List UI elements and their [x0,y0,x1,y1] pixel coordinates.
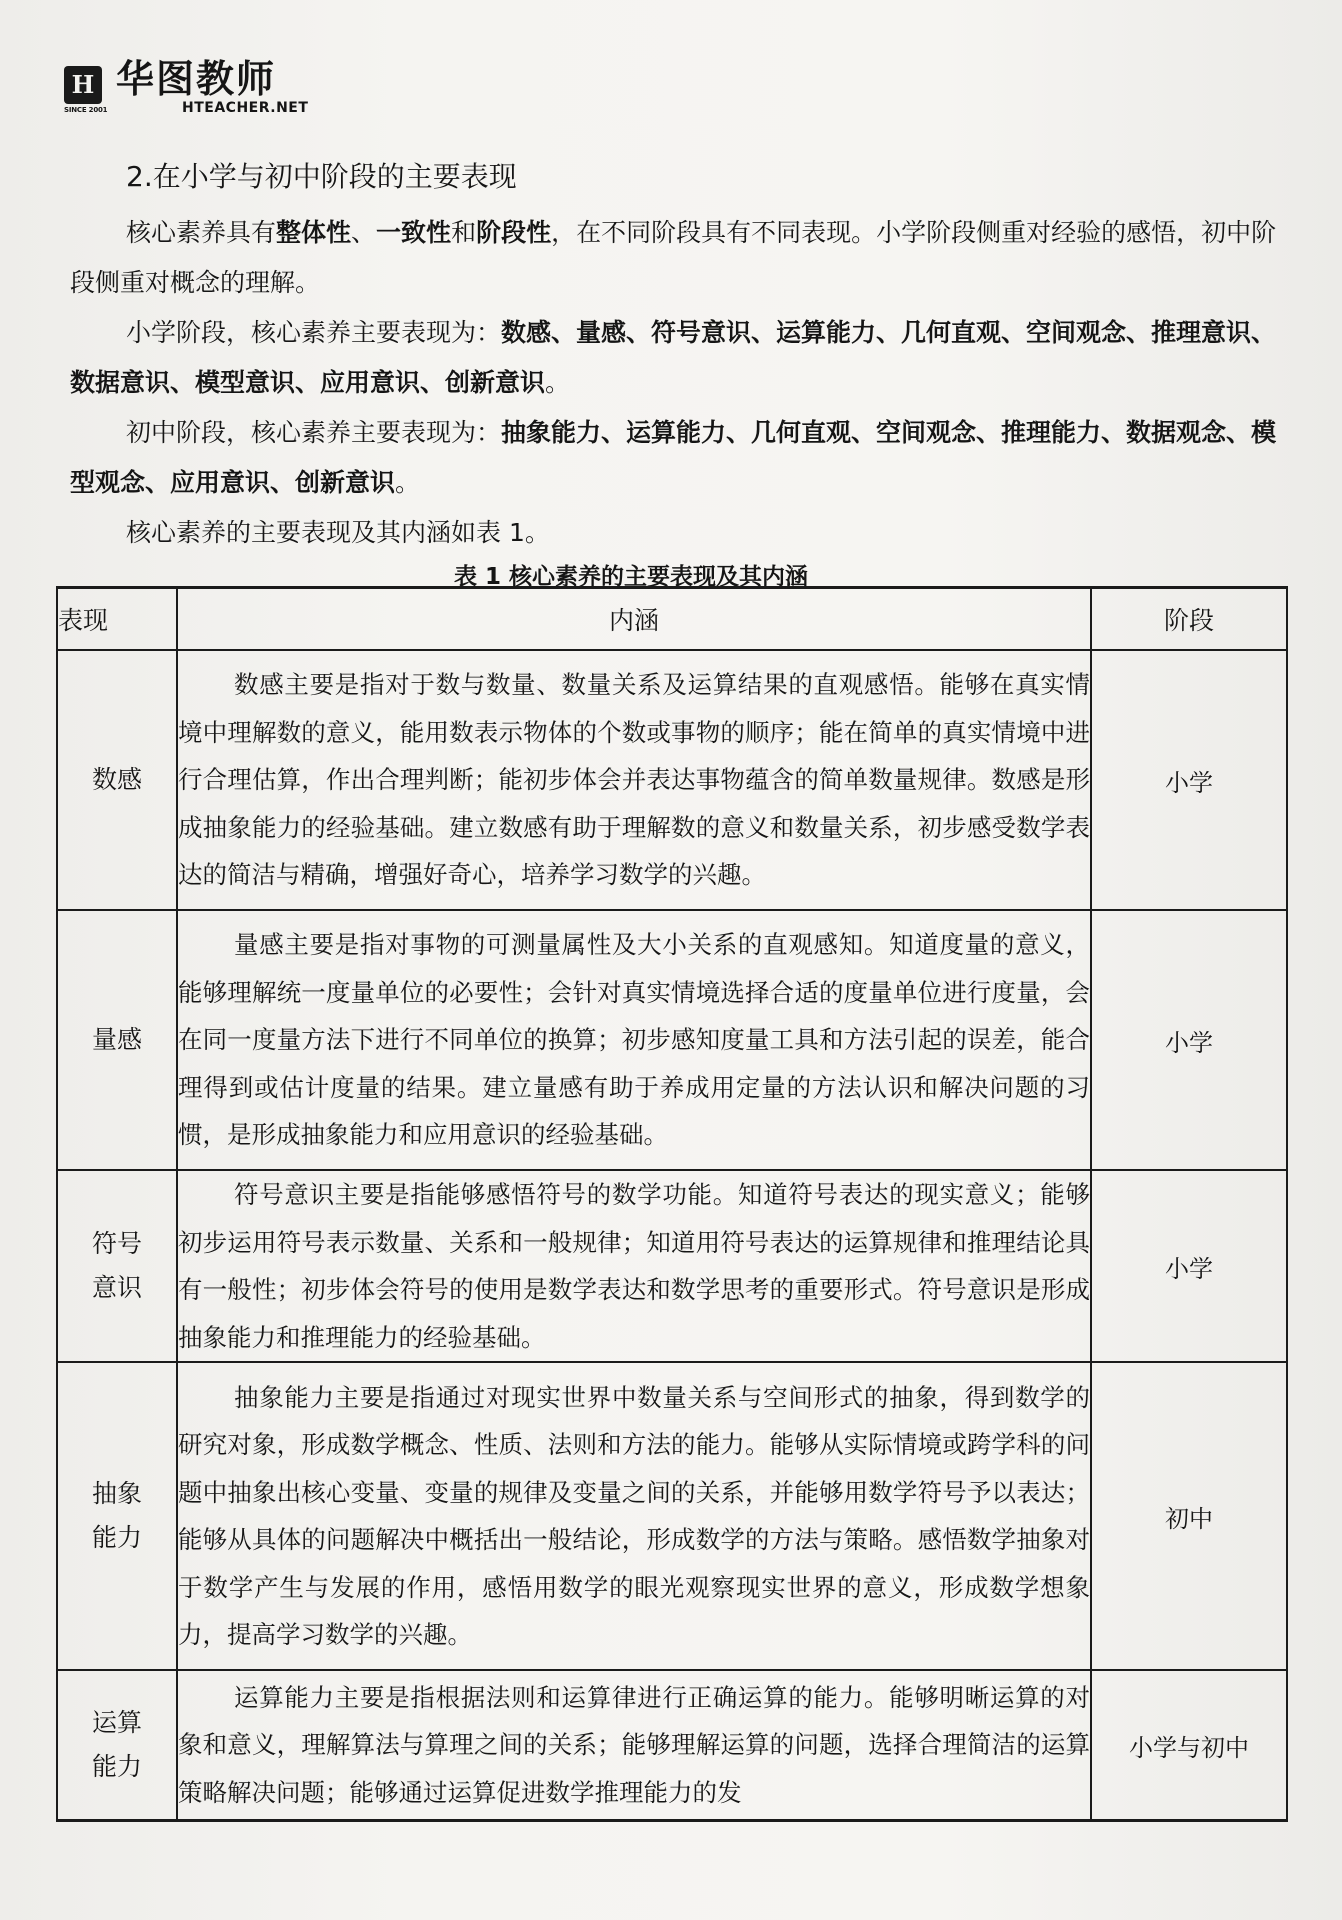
row-stage: 小学与初中 [1091,1670,1287,1821]
row-label: 数感 [57,650,177,910]
row-label: 量感 [57,910,177,1170]
row-stage: 小学 [1091,1170,1287,1362]
row-label: 运算 能力 [57,1670,177,1821]
paragraph-text: 。 [395,468,420,497]
paragraph-text: 、 [351,218,376,247]
header-performance: 表现 [57,588,177,651]
row-stage: 小学 [1091,910,1287,1170]
table-row: 数感 数感主要是指对于数与数量、数量关系及运算结果的直观感悟。能够在真实情境中理… [57,650,1287,910]
paragraph-overview: 核心素养具有整体性、一致性和阶段性，在不同阶段具有不同表现。小学阶段侧重对经验的… [70,208,1290,308]
emphasized-text: 一致性 [376,218,451,247]
logo-domain: HTEACHER.NET [182,100,308,116]
row-label-line: 能力 [58,1745,176,1789]
table-row: 抽象 能力 抽象能力主要是指通过对现实世界中数量关系与空间形式的抽象，得到数学的… [57,1362,1287,1670]
logo-since-text: SINCE 2001 [64,106,108,114]
row-stage: 初中 [1091,1362,1287,1670]
table-row: 量感 量感主要是指对事物的可测量属性及大小关系的直观感知。知道度量的意义，能够理… [57,910,1287,1170]
paragraph-text: 初中阶段，核心素养主要表现为： [126,418,501,447]
paragraph-text: 小学阶段，核心素养主要表现为： [126,318,501,347]
row-label: 符号 意识 [57,1170,177,1362]
row-description: 数感主要是指对于数与数量、数量关系及运算结果的直观感悟。能够在真实情境中理解数的… [177,650,1091,910]
paragraph-text: 。 [545,368,570,397]
row-description: 抽象能力主要是指通过对现实世界中数量关系与空间形式的抽象，得到数学的研究对象，形… [177,1362,1091,1670]
paragraph-table-intro: 核心素养的主要表现及其内涵如表 1。 [126,508,1286,558]
table-header-row: 表现 内涵 阶段 [57,588,1287,651]
row-description: 量感主要是指对事物的可测量属性及大小关系的直观感知。知道度量的意义，能够理解统一… [177,910,1091,1170]
logo-name: 华图教师 [116,60,276,98]
logo-mark-glyph: H [72,73,95,97]
table-row: 符号 意识 符号意识主要是指能够感悟符号的数学功能。知道符号表达的现实意义；能够… [57,1170,1287,1362]
row-label-line: 意识 [58,1266,176,1310]
logo-mark-icon: H [64,66,102,104]
row-description-text: 符号意识主要是指能够感悟符号的数学功能。知道符号表达的现实意义；能够初步运用符号… [178,1171,1090,1361]
core-literacy-table: 表现 内涵 阶段 数感 数感主要是指对于数与数量、数量关系及运算结果的直观感悟。… [56,586,1288,1822]
paragraph-text: 和 [451,218,476,247]
row-description-text: 量感主要是指对事物的可测量属性及大小关系的直观感知。知道度量的意义，能够理解统一… [178,921,1090,1159]
row-label-line: 数感 [58,758,176,802]
row-label-line: 能力 [58,1516,176,1560]
emphasized-text: 整体性 [276,218,351,247]
row-label: 抽象 能力 [57,1362,177,1670]
table-row: 运算 能力 运算能力主要是指根据法则和运算律进行正确运算的能力。能够明晰运算的对… [57,1670,1287,1821]
paragraph-primary-stage: 小学阶段，核心素养主要表现为：数感、量感、符号意识、运算能力、几何直观、空间观念… [70,308,1290,408]
emphasized-text: 阶段性 [476,218,551,247]
row-label-line: 符号 [58,1222,176,1266]
header-connotation: 内涵 [177,588,1091,651]
header-stage: 阶段 [1091,588,1287,651]
row-label-line: 运算 [58,1701,176,1745]
paragraph-junior-stage: 初中阶段，核心素养主要表现为：抽象能力、运算能力、几何直观、空间观念、推理能力、… [70,408,1290,508]
document-page: H SINCE 2001 华图教师 HTEACHER.NET 2.在小学与初中阶… [0,0,1342,1920]
row-description-text: 运算能力主要是指根据法则和运算律进行正确运算的能力。能够明晰运算的对象和意义，理… [178,1674,1090,1817]
row-label-line: 量感 [58,1018,176,1062]
section-heading: 2.在小学与初中阶段的主要表现 [126,152,1342,202]
row-description: 运算能力主要是指根据法则和运算律进行正确运算的能力。能够明晰运算的对象和意义，理… [177,1670,1091,1821]
row-stage: 小学 [1091,650,1287,910]
row-description-text: 数感主要是指对于数与数量、数量关系及运算结果的直观感悟。能够在真实情境中理解数的… [178,661,1090,899]
row-description: 符号意识主要是指能够感悟符号的数学功能。知道符号表达的现实意义；能够初步运用符号… [177,1170,1091,1362]
paragraph-text: 核心素养具有 [126,218,276,247]
row-description-text: 抽象能力主要是指通过对现实世界中数量关系与空间形式的抽象，得到数学的研究对象，形… [178,1374,1090,1659]
row-label-line: 抽象 [58,1472,176,1516]
